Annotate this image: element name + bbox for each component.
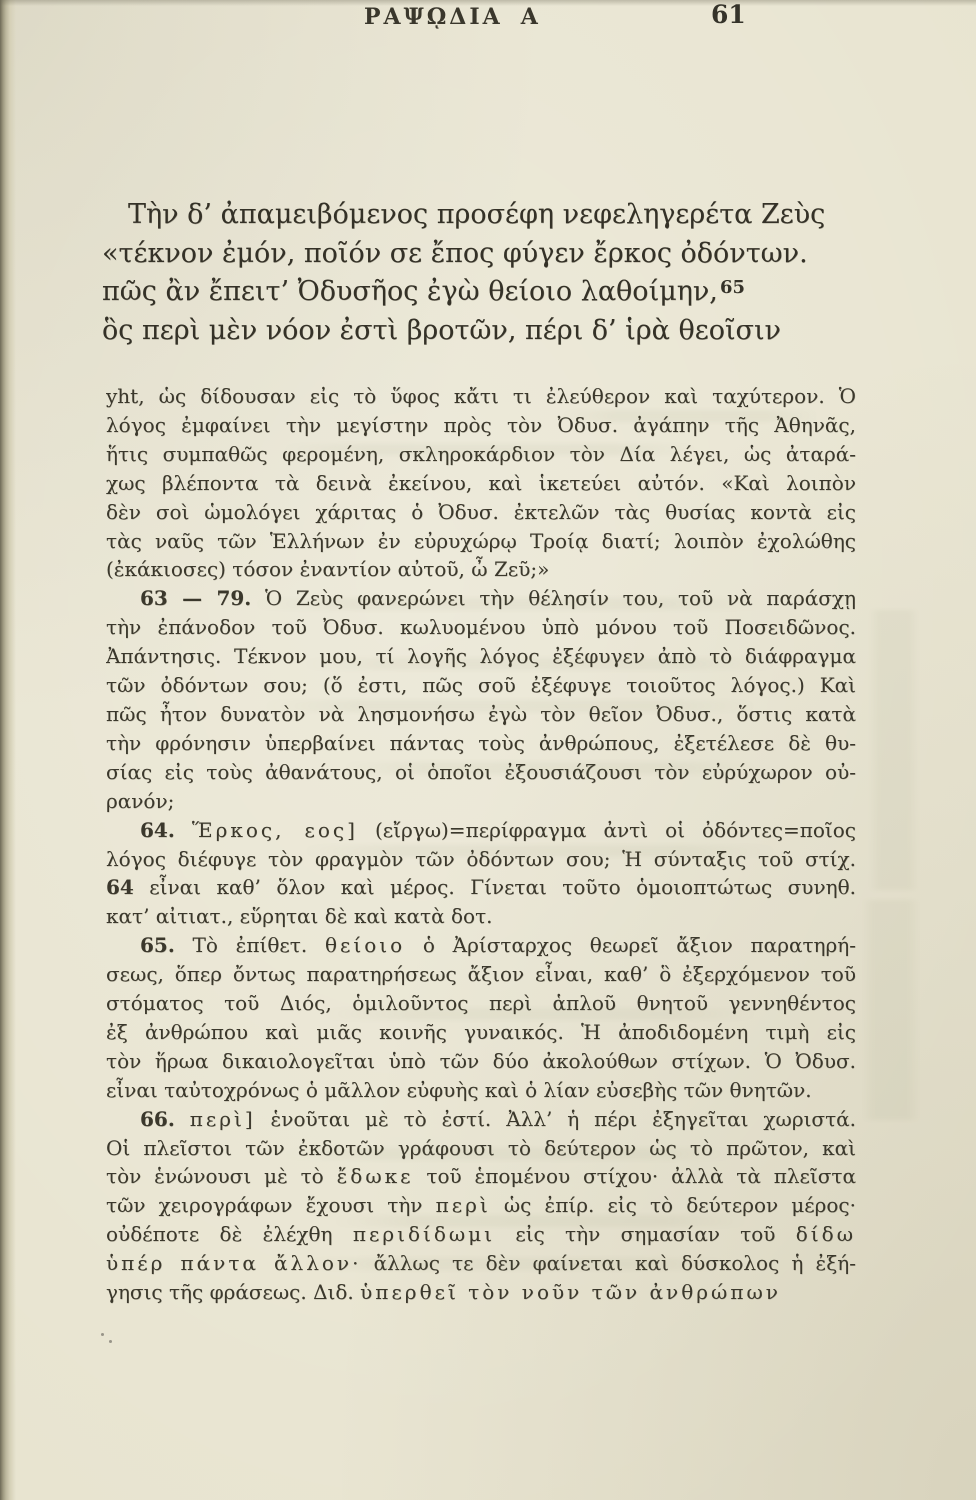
ink-speck <box>101 1333 104 1336</box>
text-segment: ὡς ἐπίρ. εἰς τὸ δεύτερον μέρος· <box>491 1193 856 1217</box>
text-segment: τὸν ἥρωα δικαιολογεῖται ὑπὸ τῶν δύο ἀκολ… <box>106 1049 856 1073</box>
book-page-scan: ΡΑΨῼΔΙΑΑ 61 Τὴν δ’ ἀπαμειβόμενος προσέφη… <box>0 0 976 1500</box>
commentary-line: yht, ὡς δίδουσαν εἰς τὸ ὕφος κἄτι τι ἐλε… <box>106 382 856 411</box>
commentary-line: δὲν σοὶ ὡμολόγει χάριτας ὁ Ὀδυσ. ἐκτελῶν… <box>106 498 856 527</box>
text-segment: οὐδέποτε δὲ ἐλέχθη <box>106 1222 353 1246</box>
commentary-line: τῶν ὀδόντων σου; (ὅ ἐστι, πῶς σοῦ ἐξέφυγ… <box>106 671 856 700</box>
text-segment: ἔδωκε <box>337 1164 414 1188</box>
commentary-line: τὸν ἥρωα δικαιολογεῖται ὑπὸ τῶν δύο ἀκολ… <box>106 1047 856 1076</box>
text-segment: δὲν σοὶ ὡμολόγει χάριτας ὁ Ὀδυσ. ἐκτελῶν… <box>106 500 856 524</box>
text-segment: στόματος τοῦ Διός, ὁμιλοῦντος περὶ ἁπλοῦ… <box>106 991 856 1015</box>
text-segment: δίδω <box>796 1222 856 1246</box>
text-segment: Ἕρκος, εος] <box>192 818 358 842</box>
commentary-line: 64. Ἕρκος, εος] (εἴργω)=περίφραγμα ἀντὶ … <box>106 816 856 845</box>
verse-block: Τὴν δ’ ἀπαμειβόμενος προσέφη νεφεληγερέτ… <box>102 196 802 350</box>
verse-line: Τὴν δ’ ἀπαμειβόμενος προσέφη νεφεληγερέτ… <box>102 196 802 235</box>
commentary-line: 66. περὶ] ἑνοῦται μὲ τὸ ἐστί. Ἀλλ’ ἡ πέρ… <box>106 1105 856 1134</box>
rhapsody-title-word: ΡΑΨῼΔΙΑ <box>364 4 503 30</box>
text-segment: τῶν ὀδόντων σου; (ὅ ἐστι, πῶς σοῦ ἐξέφυγ… <box>106 673 856 697</box>
text-segment: Οἱ πλεῖστοι τῶν ἐκδοτῶν γράφουσι τὸ δεύτ… <box>106 1136 856 1160</box>
text-segment: Ἀπάντησις. Τέκνον μου, τί λογῆς λόγος ἐξ… <box>106 644 856 668</box>
commentary-line: κατ’ αἰτιατ., εὕρηται δὲ καὶ κατὰ δοτ. <box>106 902 856 931</box>
commentary-line: χως βλέποντα τὰ δεινὰ ἐκείνου, καὶ ἱκετε… <box>106 469 856 498</box>
text-segment: θείοιο <box>325 933 405 957</box>
commentary-line: τῶν χειρογράφων ἔχουσι τὴν περὶ ὡς ἐπίρ.… <box>106 1191 856 1220</box>
text-segment: σεως, ὅπερ ὄντως παρατηρήσεως ἄξιον εἶνα… <box>106 962 856 986</box>
book-letter: Α <box>521 4 541 30</box>
text-segment: τὴν φρόνησιν ὑπερβαίνει πάντας τοὺς ἀνθρ… <box>106 731 856 755</box>
commentary-line: τὴν φρόνησιν ὑπερβαίνει πάντας τοὺς ἀνθρ… <box>106 729 856 758</box>
rhapsody-title: ΡΑΨῼΔΙΑΑ <box>364 4 541 30</box>
text-segment: περιδίδωμι <box>353 1222 495 1246</box>
text-segment: τοῦ ἑπομένου στίχου· ἀλλὰ τὰ πλεῖστα <box>414 1164 856 1188</box>
commentary-line: ἐξ ἀνθρώπου καὶ μιᾶς κοινῆς γυναικός. Ἡ … <box>106 1018 856 1047</box>
commentary-line: εἶναι ταὐτοχρόνως ὁ μᾶλλον εὐφυὴς καὶ ὁ … <box>106 1076 856 1105</box>
text-segment: Ὁ Ζεὺς φανερώνει τὴν θέλησίν του, τοῦ νὰ… <box>251 586 856 610</box>
text-segment: γησις τῆς φράσεως. Διδ. <box>106 1280 360 1304</box>
text-segment: 66. <box>140 1107 175 1131</box>
verse-line: πῶς ἂν ἔπειτ’ Ὀδυσῆος ἐγὼ θείοιο λαθοίμη… <box>102 273 802 312</box>
text-segment: ὁ Ἀρίσταρχος θεωρεῖ ἄξιον παρατηρή- <box>405 933 856 957</box>
text-segment: τὰς ναῦς τῶν Ἑλλήνων ἐν εὐρυχώρῳ Τροίᾳ δ… <box>106 529 856 553</box>
verse-margin-number: 65 <box>720 277 745 298</box>
commentary-line: στόματος τοῦ Διός, ὁμιλοῦντος περὶ ἁπλοῦ… <box>106 989 856 1018</box>
text-segment: (εἴργω)=περίφραγμα ἀντὶ οἱ ὀδόντες=ποῖος <box>358 818 856 842</box>
text-segment: 63 — 79. <box>140 586 251 610</box>
text-segment: Τὸ ἐπίθετ. <box>175 933 325 957</box>
text-segment: εἶναι καθ’ ὅλον καὶ μέρος. Γίνεται τοῦτο… <box>134 875 856 899</box>
commentary-line: Ἀπάντησις. Τέκνον μου, τί λογῆς λόγος ἐξ… <box>106 642 856 671</box>
text-segment: ὑπέρ πάντα ἄλλον· <box>106 1251 361 1275</box>
text-segment: ρανόν; <box>106 789 174 813</box>
text-segment: τὴν ἐπάνοδον τοῦ Ὀδυσ. κωλυομένου ὑπὸ μό… <box>106 615 856 639</box>
text-segment: 64. <box>140 818 175 842</box>
commentary-line: ρανόν; <box>106 787 856 816</box>
text-segment: (ἐκάκιοσες) τόσον ἐναντίον αὐτοῦ, ὦ Ζεῦ;… <box>106 557 549 581</box>
commentary-line: 64 εἶναι καθ’ ὅλον καὶ μέρος. Γίνεται το… <box>106 873 856 902</box>
text-segment: εἰς τὴν σημασίαν τοῦ <box>495 1222 796 1246</box>
bleedthrough-smudge <box>869 610 919 890</box>
commentary-line: ὑπέρ πάντα ἄλλον· ἄλλως τε δὲν φαίνεται … <box>106 1249 856 1278</box>
commentary-line: ἥτις συμπαθῶς φερομένη, σκληροκάρδιον τὸ… <box>106 440 856 469</box>
text-segment: κατ’ αἰτιατ., εὕρηται δὲ καὶ κατὰ δοτ. <box>106 904 492 928</box>
page-left-edge <box>0 0 16 1500</box>
commentary-line: 65. Τὸ ἐπίθετ. θείοιο ὁ Ἀρίσταρχος θεωρε… <box>106 931 856 960</box>
commentary-line: σίας εἰς τοὺς ἀθανάτους, οἱ ὁποῖοι ἐξουσ… <box>106 758 856 787</box>
page-header: ΡΑΨῼΔΙΑΑ 61 <box>0 0 976 34</box>
text-segment: 64 <box>106 875 134 899</box>
text-segment: ἄλλως τε δὲν φαίνεται καὶ δύσκολος ἡ ἐξή… <box>361 1251 856 1275</box>
commentary-line: λόγος διέφυγε τὸν φραγμὸν τῶν ὀδόντων σο… <box>106 845 856 874</box>
commentary-block: yht, ὡς δίδουσαν εἰς τὸ ὕφος κἄτι τι ἐλε… <box>106 382 856 1307</box>
verse-line: ὃς περὶ μὲν νόον ἐστὶ βροτῶν, πέρι δ’ ἱρ… <box>102 312 802 351</box>
text-segment: ὑπερθεῖ τὸν νοῦν τῶν ἀνθρώπων <box>360 1280 781 1304</box>
text-segment: σίας εἰς τοὺς ἀθανάτους, οἱ ὁποῖοι ἐξουσ… <box>106 760 856 784</box>
verse-line: «τέκνον ἐμόν, ποῖόν σε ἔπος φύγεν ἔρκος … <box>102 235 802 274</box>
commentary-line: τὴν ἐπάνοδον τοῦ Ὀδυσ. κωλυομένου ὑπὸ μό… <box>106 613 856 642</box>
text-segment: χως βλέποντα τὰ δεινὰ ἐκείνου, καὶ ἱκετε… <box>106 471 856 495</box>
commentary-line: οὐδέποτε δὲ ἐλέχθη περιδίδωμι εἰς τὴν ση… <box>106 1220 856 1249</box>
commentary-line: γησις τῆς φράσεως. Διδ. ὑπερθεῖ τὸν νοῦν… <box>106 1278 856 1307</box>
text-segment: εἶναι ταὐτοχρόνως ὁ μᾶλλον εὐφυὴς καὶ ὁ … <box>106 1078 812 1102</box>
text-segment: 65. <box>140 933 175 957</box>
text-segment: ἥτις συμπαθῶς φερομένη, σκληροκάρδιον τὸ… <box>106 442 856 466</box>
text-segment: λόγος διέφυγε τὸν φραγμὸν τῶν ὀδόντων σο… <box>106 847 856 871</box>
text-segment: τῶν χειρογράφων ἔχουσι τὴν <box>106 1193 436 1217</box>
commentary-line: 63 — 79. Ὁ Ζεὺς φανερώνει τὴν θέλησίν το… <box>106 584 856 613</box>
commentary-line: Οἱ πλεῖστοι τῶν ἐκδοτῶν γράφουσι τὸ δεύτ… <box>106 1134 856 1163</box>
text-segment: πῶς ἦτον δυνατὸν νὰ λησμονήσω ἐγὼ τὸν θε… <box>106 702 856 726</box>
commentary-line: τὸν ἑνώνουσι μὲ τὸ ἔδωκε τοῦ ἑπομένου στ… <box>106 1162 856 1191</box>
bleedthrough-smudge <box>862 900 920 1120</box>
text-segment: περὶ] <box>190 1107 256 1131</box>
text-segment: λόγος ἐμφαίνει τὴν μεγίστην πρὸς τὸν Ὀδυ… <box>106 413 856 437</box>
text-segment: ἑνοῦται μὲ τὸ ἐστί. Ἀλλ’ ἡ πέρι ἐξηγεῖτα… <box>256 1107 856 1131</box>
commentary-line: σεως, ὅπερ ὄντως παρατηρήσεως ἄξιον εἶνα… <box>106 960 856 989</box>
text-segment: ἐξ ἀνθρώπου καὶ μιᾶς κοινῆς γυναικός. Ἡ … <box>106 1020 856 1044</box>
commentary-line: τὰς ναῦς τῶν Ἑλλήνων ἐν εὐρυχώρῳ Τροίᾳ δ… <box>106 527 856 556</box>
text-segment: yht, ὡς δίδουσαν εἰς τὸ ὕφος κἄτι τι ἐλε… <box>106 384 856 408</box>
text-segment: περὶ <box>436 1193 491 1217</box>
commentary-line: (ἐκάκιοσες) τόσον ἐναντίον αὐτοῦ, ὦ Ζεῦ;… <box>106 555 856 584</box>
commentary-line: λόγος ἐμφαίνει τὴν μεγίστην πρὸς τὸν Ὀδυ… <box>106 411 856 440</box>
page-number: 61 <box>711 0 746 29</box>
text-segment <box>175 1107 190 1131</box>
text-segment: τὸν ἑνώνουσι μὲ τὸ <box>106 1164 337 1188</box>
text-segment <box>175 818 192 842</box>
commentary-line: πῶς ἦτον δυνατὸν νὰ λησμονήσω ἐγὼ τὸν θε… <box>106 700 856 729</box>
ink-speck <box>109 1340 112 1343</box>
